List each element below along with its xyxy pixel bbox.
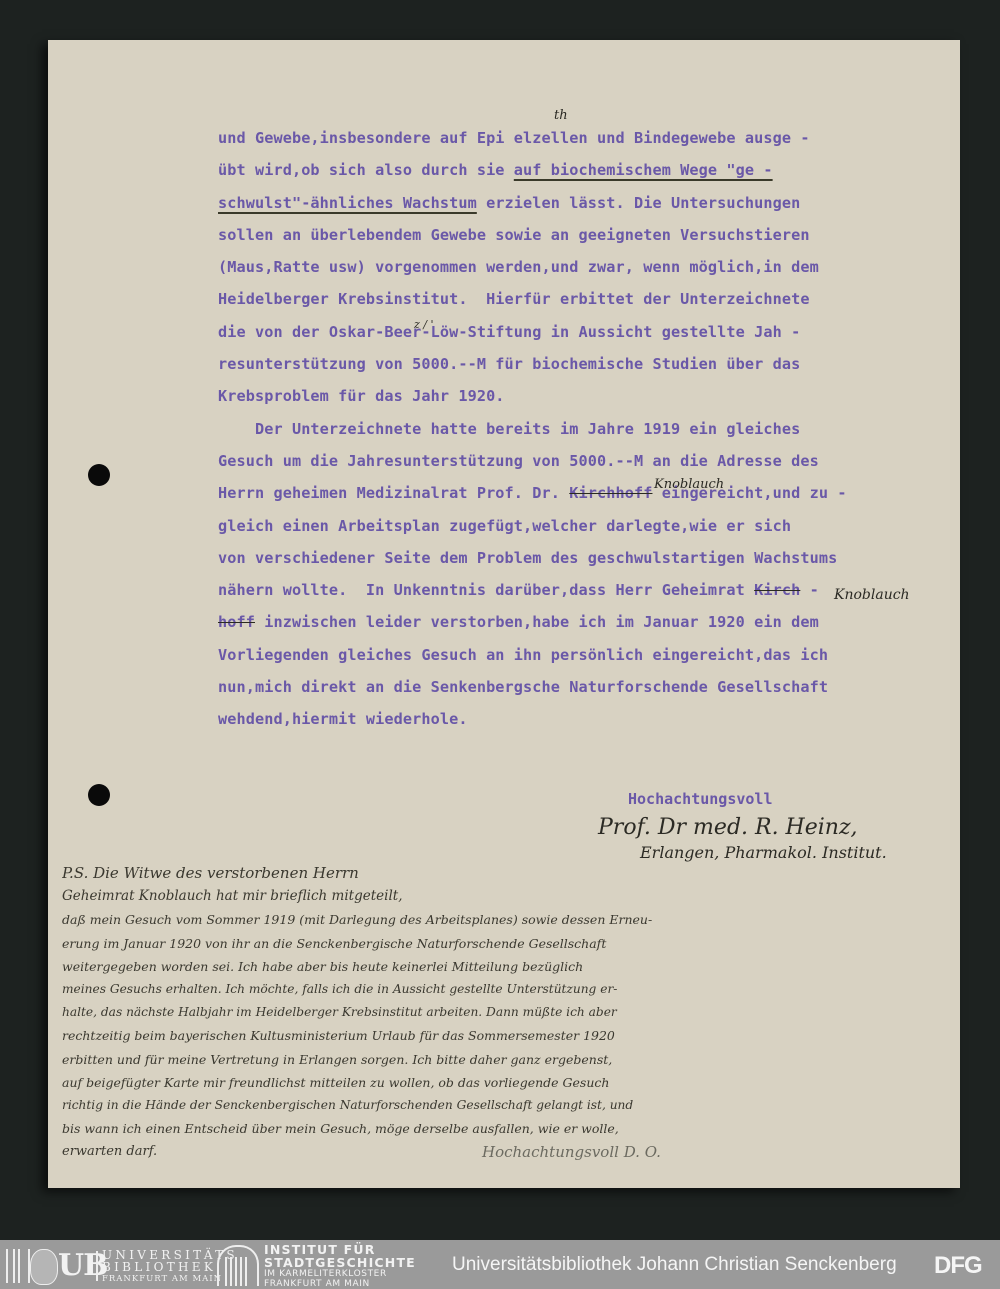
postscript-closing: Hochachtungsvoll D. O.: [62, 1141, 962, 1164]
isg-logo-line: FRANKFURT AM MAIN: [264, 1279, 416, 1289]
struck-name: Kirchhoff: [569, 484, 652, 502]
typed-line: Heidelberger Krebsinstitut. Hierfür erbi…: [218, 283, 938, 315]
dfg-logo[interactable]: DFG: [934, 1252, 982, 1280]
typed-line: wehdend,hiermit wiederhole.: [218, 703, 938, 735]
underlined-text: auf biochemischem Wege "ge -: [514, 161, 773, 179]
typed-text: nähern wollte. In Unkenntnis darüber,das…: [218, 581, 754, 599]
pillars-icon: [6, 1249, 30, 1283]
typed-line: Gesuch um die Jahresunterstützung von 50…: [218, 445, 938, 477]
typed-line: nähern wollte. In Unkenntnis darüber,das…: [218, 574, 938, 606]
typed-line: von verschiedener Seite dem Problem des …: [218, 542, 938, 574]
name-correction-annotation: Knoblauch: [834, 587, 910, 603]
typed-line: und Gewebe,insbesondere auf Epi elzellen…: [218, 122, 938, 154]
postscript-line: erbitten und für meine Vertretung in Erl…: [62, 1048, 962, 1071]
typed-line: Herrn geheimen Medizinalrat Prof. Dr. Ki…: [218, 477, 938, 509]
typed-line: sollen an überlebendem Gewebe sowie an g…: [218, 219, 938, 251]
typed-line: hoff inzwischen leider verstorben,habe i…: [218, 606, 938, 638]
typewritten-text: und Gewebe,insbesondere auf Epi elzellen…: [218, 122, 938, 736]
postscript-line: rechtzeitig beim bayerischen Kultusminis…: [62, 1024, 962, 1047]
ub-library-logo[interactable]: UB UNIVERSITÄTS BIBLIOTHEK FRANKFURT AM …: [4, 1245, 204, 1285]
typed-text: -: [800, 581, 819, 599]
typed-line: gleich einen Arbeitsplan zugefügt,welche…: [218, 510, 938, 542]
postscript-line: richtig in die Hände der Senckenbergisch…: [62, 1094, 962, 1117]
typed-line: die von der Oskar-Beer-Löw-Stiftung in A…: [218, 316, 938, 348]
punch-hole-bottom: [88, 784, 110, 806]
typed-line: resunterstützung von 5000.--M für bioche…: [218, 348, 938, 380]
logo-divider: [96, 1251, 98, 1281]
postscript-line: daß mein Gesuch vom Sommer 1919 (mit Dar…: [62, 908, 962, 931]
footer-title[interactable]: Universitätsbibliothek Johann Christian …: [452, 1254, 897, 1276]
ub-letters: UB: [58, 1251, 108, 1281]
handwritten-postscript: P.S. Die Witwe des verstorbenen Herrn Ge…: [62, 862, 962, 1165]
typed-text: übt wird,ob sich also durch sie: [218, 161, 514, 179]
typed-line: Krebsproblem für das Jahr 1920.: [218, 380, 938, 412]
postscript-line: bis wann ich einen Entscheid über mein G…: [62, 1117, 962, 1140]
arch-icon[interactable]: [217, 1245, 259, 1286]
typed-text: erzielen lässt. Die Untersuchungen: [477, 194, 801, 212]
typed-text: inzwischen leider verstorben,habe ich im…: [255, 613, 819, 631]
postscript-line: P.S. Die Witwe des verstorbenen Herrn: [62, 862, 962, 885]
underlined-text: schwulst"-ähnliches Wachstum: [218, 194, 477, 212]
portrait-icon: [30, 1249, 58, 1285]
postscript-line: weitergegeben worden sei. Ich habe aber …: [62, 955, 962, 978]
insert-annotation: th: [554, 108, 568, 123]
footer-bar: UB UNIVERSITÄTS BIBLIOTHEK FRANKFURT AM …: [0, 1240, 1000, 1289]
typed-line: Der Unterzeichnete hatte bereits im Jahr…: [218, 413, 938, 445]
struck-name: hoff: [218, 613, 255, 631]
typed-line: übt wird,ob sich also durch sie auf bioc…: [218, 154, 938, 186]
postscript-line: meines Gesuchs erhalten. Ich möchte, fal…: [62, 978, 962, 1001]
postscript-line: auf beigefügter Karte mir freundlichst m…: [62, 1071, 962, 1094]
closing-salutation: Hochachtungsvoll: [628, 790, 773, 808]
correction-mark: z / ': [414, 318, 434, 331]
postscript-line: Geheimrat Knoblauch hat mir brieflich mi…: [62, 885, 962, 908]
postscript-line: erung im Januar 1920 von ihr an die Senc…: [62, 932, 962, 955]
typed-text: Herrn geheimen Medizinalrat Prof. Dr.: [218, 484, 569, 502]
isg-logo-line: IM KARMELITERKLOSTER: [264, 1269, 416, 1279]
isg-logo-line: STADTGESCHICHTE: [264, 1256, 416, 1269]
postscript-line: halte, das nächste Halbjahr im Heidelber…: [62, 1001, 962, 1024]
typed-line: Vorliegenden gleiches Gesuch an ihn pers…: [218, 639, 938, 671]
typed-line: (Maus,Ratte usw) vorgenommen werden,und …: [218, 251, 938, 283]
name-correction-annotation: Knoblauch: [654, 477, 724, 492]
isg-logo-text[interactable]: INSTITUT FÜR STADTGESCHICHTE IM KARMELIT…: [264, 1243, 416, 1289]
signature-affiliation: Erlangen, Pharmakol. Institut.: [640, 843, 887, 862]
typed-line: nun,mich direkt an die Senkenbergsche Na…: [218, 671, 938, 703]
punch-hole-top: [88, 464, 110, 486]
signature-name: Prof. Dr med. R. Heinz,: [598, 815, 858, 840]
struck-name: Kirch: [754, 581, 800, 599]
typed-line: schwulst"-ähnliches Wachstum erzielen lä…: [218, 187, 938, 219]
